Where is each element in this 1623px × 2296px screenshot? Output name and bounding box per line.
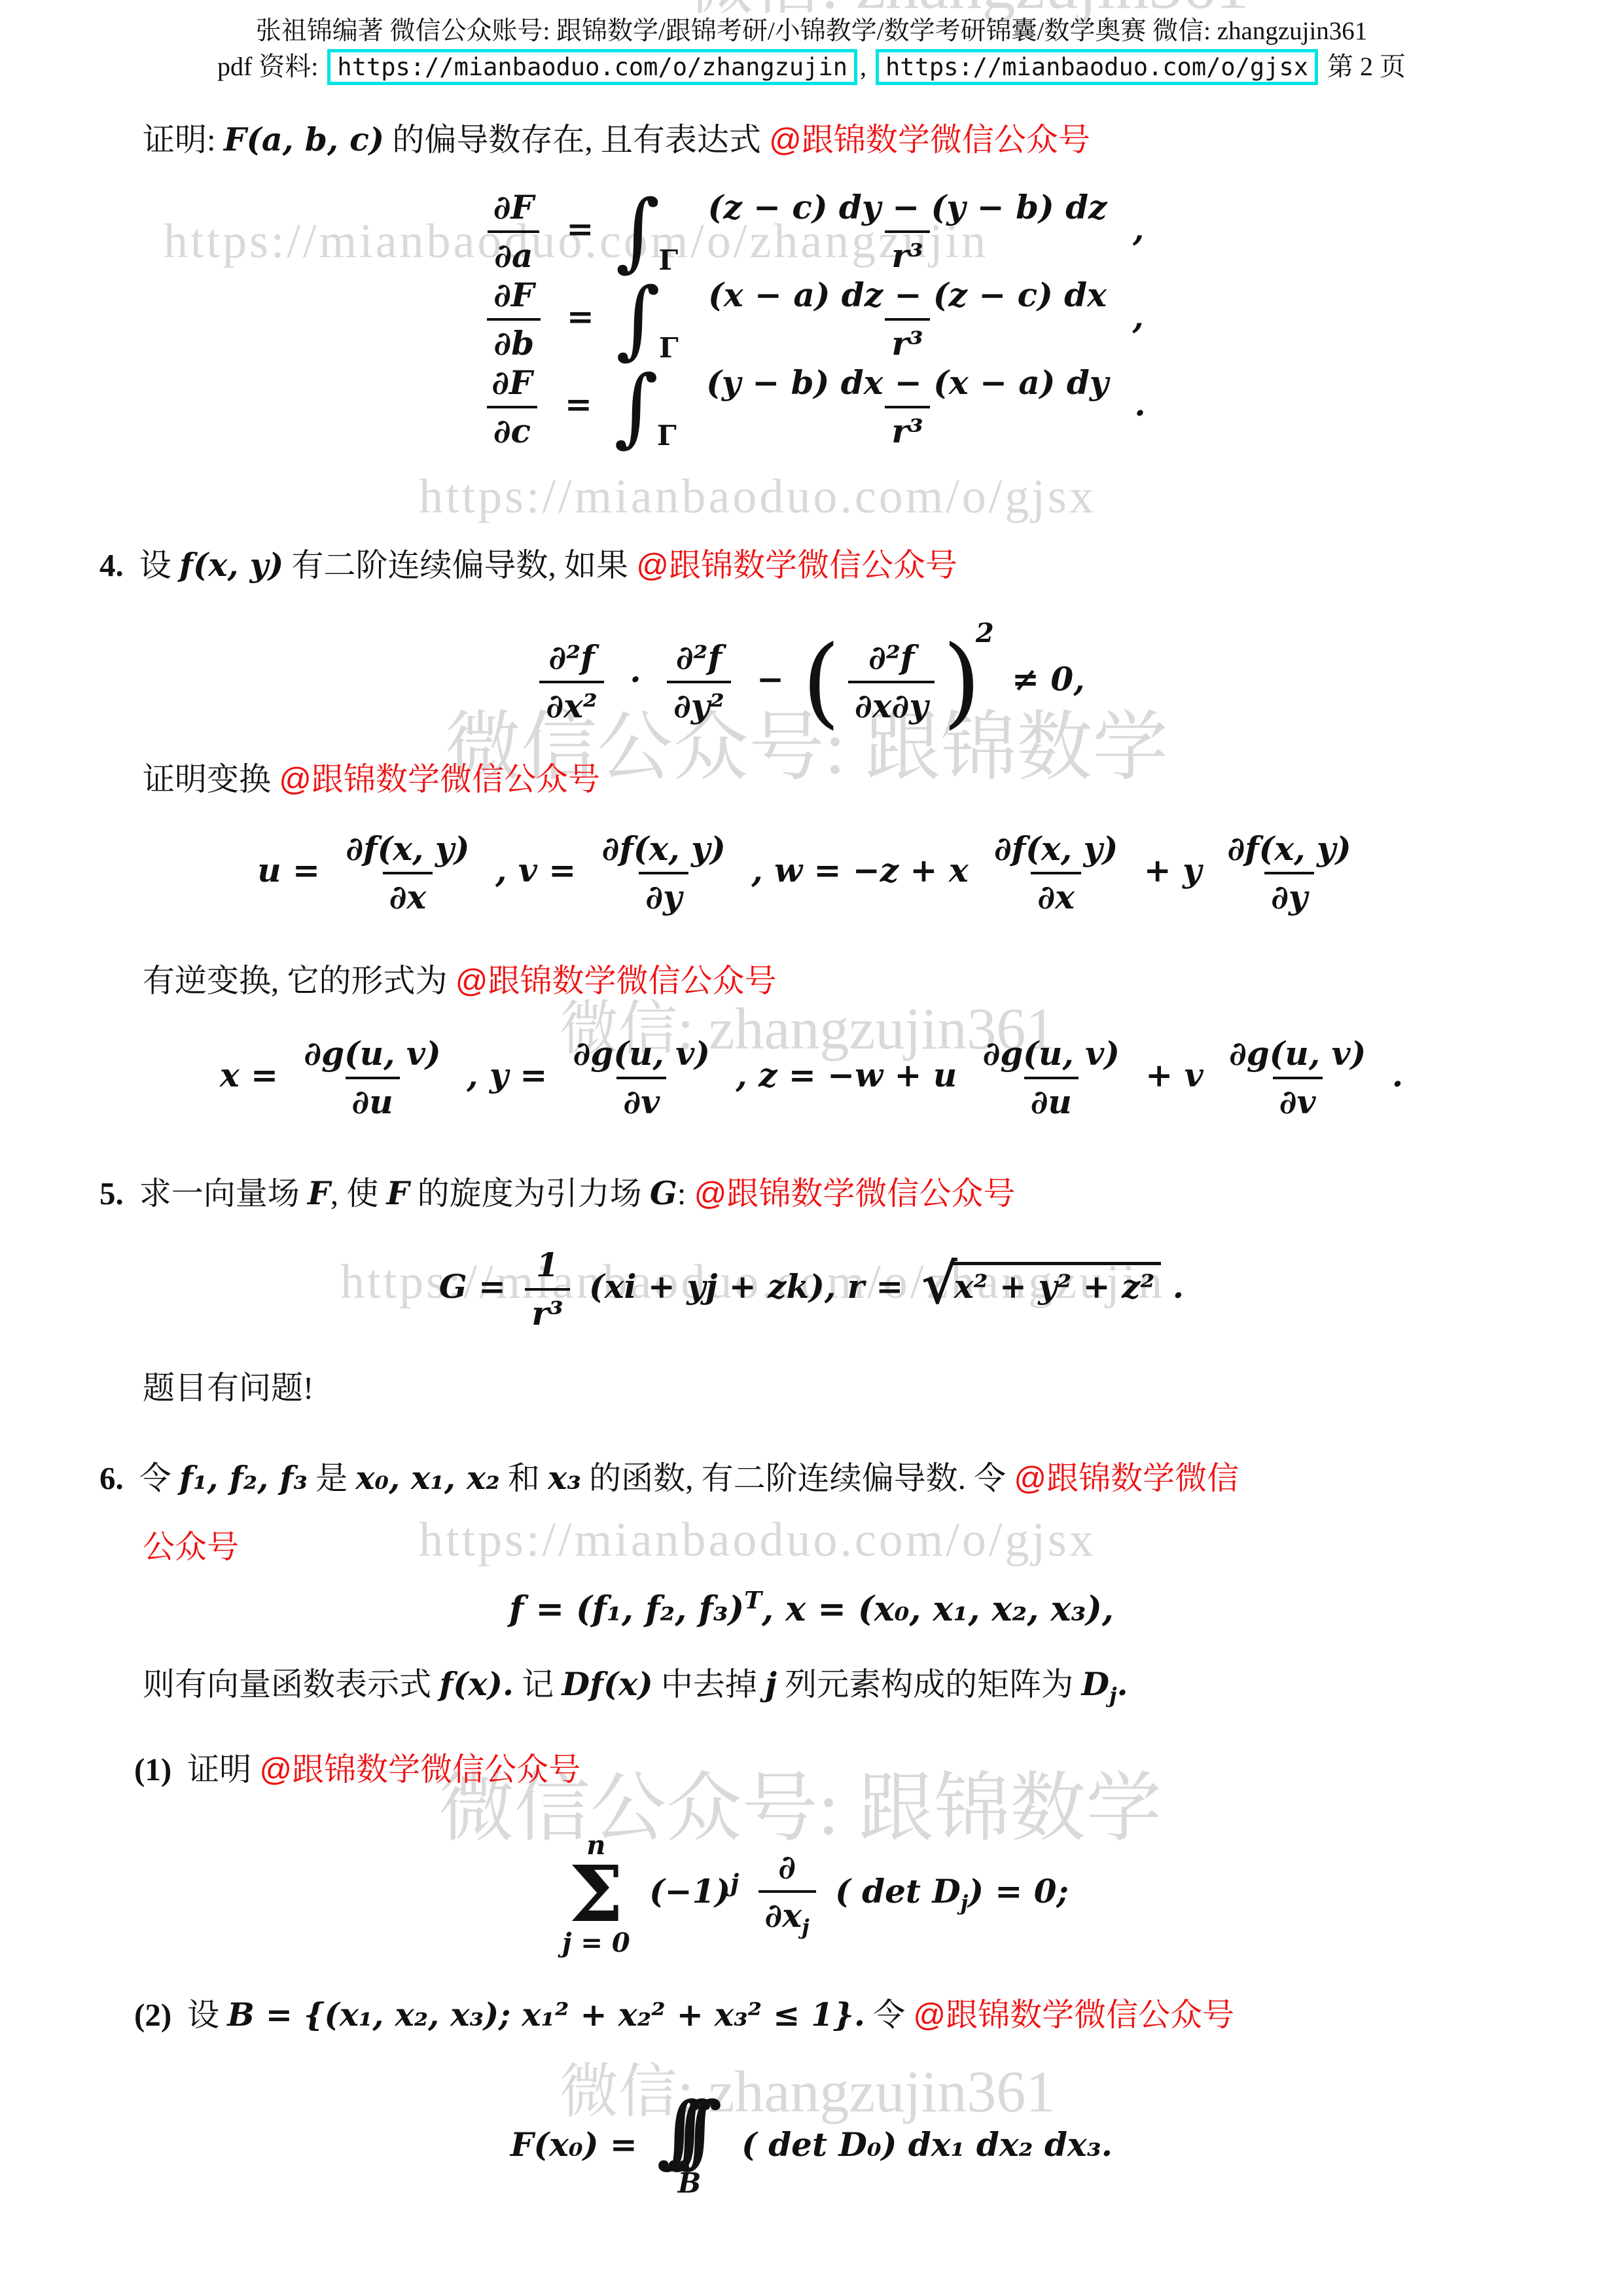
wechat-tag: @跟锦数学微信公众号: [455, 963, 777, 999]
punctuation: .: [1392, 1056, 1403, 1094]
text: 令: [139, 1460, 179, 1496]
math-text: , w = −z + x: [751, 851, 968, 889]
triple-integral: ∫∫∫B: [656, 2098, 722, 2197]
fraction: ∂F∂a: [487, 191, 541, 272]
equation-dF-da: ∂F∂a = ∫Γ (z − c) dy − (y − b) dzr³ ,: [0, 191, 1623, 272]
hessian-condition-equation: ∂²f∂x² · ∂²f∂y² − (∂²f∂x∂y)2 ≠ 0,: [0, 620, 1623, 723]
denominator: ∂x: [383, 872, 433, 914]
integral: ∫Γ: [616, 198, 679, 264]
denominator: ∂y²: [667, 681, 731, 723]
gravity-field-equation: G = 1r³ (xi + yj + zk), r = √x² + y² + z…: [0, 1249, 1623, 1330]
fraction: ∂g(u, v)∂v: [567, 1037, 717, 1119]
math-text: G =: [439, 1267, 506, 1306]
numerator: ∂F: [487, 191, 541, 230]
link-mianbaoduo-zhangzujin[interactable]: https://mianbaoduo.com/o/zhangzujin: [327, 49, 857, 85]
integral: ∫Γ: [616, 286, 679, 352]
numerator: ∂g(u, v): [976, 1037, 1126, 1077]
fraction: (x − a) dz − (z − c) dxr³: [702, 279, 1113, 360]
fraction: ∂g(u, v)∂v: [1222, 1037, 1372, 1119]
numerator: (x − a) dz − (z − c) dx: [702, 279, 1113, 318]
denominator: ∂b: [487, 318, 541, 360]
square-root: √x² + y² + z²: [921, 1262, 1162, 1317]
numerator: ∂f(x, y): [339, 833, 476, 872]
exponent-2: 2: [976, 618, 994, 649]
uvw-transform-equation: u = ∂f(x, y)∂x , v = ∂f(x, y)∂y , w = −z…: [0, 833, 1623, 914]
subscript-j: j: [802, 1914, 810, 1939]
minus-sign: −: [757, 660, 784, 698]
fraction: ∂f(x, y)∂x: [988, 833, 1124, 914]
math-x3: x₃: [548, 1459, 581, 1497]
wechat-tag: @跟锦数学微信公众号: [913, 1998, 1234, 2033]
math-Dj: Dj.: [1081, 1665, 1128, 1703]
text: 设: [187, 1997, 227, 2033]
item-number: 6.: [99, 1460, 124, 1496]
numerator: ∂²f: [862, 641, 921, 681]
math-text: f = (f₁, f₂, f₃): [509, 1589, 744, 1629]
math-text: ( det D₀) dx₁ dx₂ dx₃.: [741, 2125, 1113, 2164]
inverse-transform-line: 有逆变换, 它的形式为 @跟锦数学微信公众号: [143, 961, 777, 1001]
proof-text: 的偏导数存在, 且有表达式: [384, 122, 769, 158]
vector-function-equation: f = (f₁, f₂, f₃)T, x = (x₀, x₁, x₂, x₃),: [0, 1589, 1623, 1626]
wechat-tag: @跟锦数学微信公众号: [769, 122, 1090, 158]
watermark-url-gjsx: https://mianbaoduo.com/o/gjsx: [419, 1516, 1096, 1564]
math-text: ( det D: [835, 1872, 961, 1910]
item-number: 5.: [99, 1175, 124, 1211]
subitem-number: (2): [134, 1997, 171, 2033]
denominator: r³: [885, 318, 929, 360]
text: 证明: [187, 1751, 259, 1787]
text: 是: [308, 1460, 356, 1496]
denominator: ∂u: [1024, 1077, 1079, 1119]
denominator: ∂x: [1031, 872, 1081, 914]
transpose-T: T: [744, 1587, 762, 1615]
dot-operator: ·: [630, 660, 641, 698]
math-group: (−1)j: [649, 1872, 739, 1910]
fraction: 1r³: [525, 1249, 569, 1330]
math-ball-B: B = {(x₁, x₂, x₃); x₁² + x₂² + x₃² ≤ 1}.: [227, 1996, 865, 2034]
denominator: ∂u: [346, 1077, 400, 1119]
note-text: 题目有问题!: [143, 1370, 313, 1406]
prove-transform-line: 证明变换 @跟锦数学微信公众号: [143, 759, 600, 800]
link-mianbaoduo-gjsx[interactable]: https://mianbaoduo.com/o/gjsx: [876, 49, 1318, 85]
item-5-line: 5.求一向量场 F, 使 F 的旋度为引力场 G: @跟锦数学微信公众号: [99, 1174, 1015, 1214]
fraction: ∂F∂b: [487, 279, 541, 360]
numerator: ∂f(x, y): [988, 833, 1124, 872]
item-number: 4.: [99, 547, 124, 583]
punctuation: .: [1117, 1665, 1128, 1703]
wechat-tag: @跟锦数学微信公众号: [259, 1752, 580, 1787]
math-x012: x₀, x₁, x₂: [355, 1459, 499, 1497]
denominator: ∂x∂y: [848, 681, 935, 723]
text: 列元素构成的矩阵为: [777, 1666, 1082, 1702]
numerator: ∂g(u, v): [1222, 1037, 1372, 1077]
text: 有逆变换, 它的形式为: [143, 963, 455, 999]
math-Dfx: Df(x): [562, 1665, 653, 1703]
denominator: ∂c: [487, 406, 537, 448]
fraction: ∂g(u, v)∂u: [976, 1037, 1126, 1119]
text: 令: [865, 1997, 914, 2033]
text: 设: [139, 547, 179, 583]
header-links-line: pdf 资料: https://mianbaoduo.com/o/zhangzu…: [0, 46, 1623, 85]
item-6-wrap-line: 公众号: [143, 1527, 239, 1568]
fraction: ∂F∂c: [485, 367, 539, 448]
lower-limit: j = 0: [562, 1930, 630, 1956]
text: 证明变换: [143, 761, 279, 797]
denominator: r³: [885, 406, 929, 448]
not-equal-zero: ≠ 0,: [1012, 660, 1085, 698]
math-F-abc: F(a, b, c): [224, 120, 384, 158]
fraction: ∂²f∂x²: [539, 641, 603, 723]
header-author-text: 张祖锦编著 微信公众账号: 跟锦数学/跟锦考研/小锦教学/数学考研锦囊/数学奥赛…: [256, 17, 1368, 45]
text: 记: [514, 1666, 562, 1702]
integral-sign: ∫: [616, 286, 660, 352]
integral-subscript: Γ: [658, 247, 678, 274]
denominator: ∂y: [639, 872, 688, 914]
math-text: ∂x: [765, 1896, 802, 1935]
text: 和: [500, 1460, 548, 1496]
denominator: r³: [885, 230, 929, 272]
page-number: 第 2 页: [1327, 52, 1406, 81]
math-F: F: [308, 1174, 330, 1212]
denominator: ∂v: [1273, 1077, 1323, 1119]
triple-integral-sign: ∫∫∫: [656, 2098, 722, 2164]
text: 中去掉: [653, 1666, 766, 1702]
text: 求一向量场: [139, 1175, 308, 1211]
subscript-j: j: [961, 1890, 969, 1915]
text: 则有向量函数表示式: [143, 1666, 439, 1702]
math-text: x =: [220, 1056, 278, 1094]
fraction: ∂²f∂y²: [667, 641, 731, 723]
equals-sign: =: [567, 297, 594, 336]
math-group: ( det Dj) = 0;: [835, 1872, 1069, 1910]
punctuation: .: [1173, 1267, 1184, 1306]
fraction: ∂²f∂x∂y: [848, 641, 935, 723]
numerator: ∂f(x, y): [596, 833, 732, 872]
numerator: 1: [529, 1249, 565, 1288]
equation-dF-dc: ∂F∂c = ∫Γ (y − b) dx − (x − a) dyr³ .: [0, 367, 1623, 448]
math-text: + v: [1145, 1056, 1203, 1094]
denominator: ∂x²: [539, 681, 603, 723]
header-author-line: 张祖锦编著 微信公众账号: 跟锦数学/跟锦考研/小锦教学/数学考研锦囊/数学奥赛…: [0, 10, 1623, 47]
document-page: 微信: zhangzujin361 https://mianbaoduo.com…: [0, 0, 1623, 2296]
math-text: + y: [1144, 851, 1202, 889]
math-G: G: [650, 1174, 677, 1212]
numerator: ∂F: [487, 279, 541, 318]
proof-intro-line: 证明: F(a, b, c) 的偏导数存在, 且有表达式 @跟锦数学微信公众号: [143, 120, 1090, 160]
text: 有二阶连续偏导数, 如果: [283, 547, 636, 583]
denominator: r³: [525, 1288, 569, 1330]
numerator: ∂g(u, v): [297, 1037, 447, 1077]
watermark-url-gjsx: https://mianbaoduo.com/o/gjsx: [419, 473, 1096, 521]
subitem-number: (1): [134, 1751, 171, 1787]
fraction: (z − c) dy − (y − b) dzr³: [702, 191, 1114, 272]
radicand: x² + y² + z²: [953, 1262, 1161, 1303]
integral-sign: ∫: [616, 198, 660, 264]
math-text: , v =: [495, 851, 576, 889]
alternating-sum-equation: nΣj = 0 (−1)j ∂∂xj ( det Dj) = 0;: [0, 1833, 1623, 1956]
math-text: , y =: [467, 1056, 547, 1094]
triple-integral-equation: F(x₀) = ∫∫∫B ( det D₀) dx₁ dx₂ dx₃.: [0, 2098, 1623, 2197]
math-group: f = (f₁, f₂, f₃)T, x = (x₀, x₁, x₂, x₃),: [509, 1589, 1114, 1629]
fraction: ∂f(x, y)∂x: [339, 833, 476, 914]
fraction: ∂f(x, y)∂y: [1221, 833, 1357, 914]
item-6-line: 6.令 f₁, f₂, f₃ 是 x₀, x₁, x₂ 和 x₃ 的函数, 有二…: [99, 1458, 1239, 1499]
fraction: ∂∂xj: [758, 1851, 816, 1937]
text: 的旋度为引力场: [409, 1175, 650, 1211]
numerator: ∂²f: [543, 641, 601, 681]
math-j: j: [765, 1665, 777, 1703]
fraction: (y − b) dx − (x − a) dyr³: [700, 367, 1115, 448]
numerator: ∂g(u, v): [567, 1037, 717, 1077]
wechat-tag: @跟锦数学微信公众号: [636, 548, 957, 583]
numerator: (z − c) dy − (y − b) dz: [702, 191, 1114, 230]
numerator: ∂f(x, y): [1221, 833, 1357, 872]
math-text: , x = (x₀, x₁, x₂, x₃),: [762, 1589, 1114, 1629]
math-text: , z = −w + u: [736, 1056, 957, 1094]
math-f123: f₁, f₂, f₃: [179, 1459, 308, 1497]
math-text: ) = 0;: [968, 1872, 1069, 1910]
integral-subscript-B: B: [678, 2170, 702, 2197]
numerator: (y − b) dx − (x − a) dy: [700, 367, 1115, 406]
math-fxy: f(x, y): [179, 546, 283, 584]
xyz-inverse-equation: x = ∂g(u, v)∂u , y = ∂g(u, v)∂v , z = −w…: [0, 1037, 1623, 1119]
item-4-line: 4.设 f(x, y) 有二阶连续偏导数, 如果 @跟锦数学微信公众号: [99, 545, 957, 586]
summation: nΣj = 0: [562, 1833, 630, 1956]
exponent-j: j: [730, 1870, 739, 1897]
wechat-tag: @跟锦数学微信公众号: [279, 762, 600, 797]
radical-sign: √: [921, 1257, 957, 1312]
numerator: ∂²f: [669, 641, 728, 681]
punctuation: ,: [1132, 297, 1143, 336]
denominator: ∂xj: [758, 1890, 816, 1937]
math-D: D: [1081, 1665, 1109, 1703]
integral-sign: ∫: [614, 374, 658, 440]
denominator: ∂a: [488, 230, 539, 272]
math-text: (−1): [649, 1872, 730, 1910]
text: , 使: [330, 1175, 387, 1211]
integral-subscript: Γ: [657, 422, 677, 450]
punctuation: .: [1134, 385, 1145, 423]
proof-label: 证明:: [143, 122, 224, 158]
math-F: F: [387, 1174, 410, 1212]
partial-derivative-equations: ∂F∂a = ∫Γ (z − c) dy − (y − b) dzr³ , ∂F…: [0, 191, 1623, 454]
fraction: ∂f(x, y)∂y: [596, 833, 732, 914]
left-paren: (: [802, 625, 841, 739]
sigma-sign: Σ: [569, 1859, 623, 1930]
subitem-1-line: (1)证明 @跟锦数学微信公众号: [134, 1749, 580, 1790]
numerator: ∂F: [485, 367, 539, 406]
equals-sign: =: [565, 385, 592, 423]
math-text: u =: [257, 851, 320, 889]
text: 的函数, 有二阶连续偏导数. 令: [581, 1460, 1014, 1496]
pdf-resource-label: pdf 资料:: [217, 52, 318, 81]
text: :: [677, 1175, 694, 1211]
math-text: F(x₀) =: [510, 2125, 637, 2164]
wechat-tag: 公众号: [143, 1530, 239, 1565]
numerator: ∂: [772, 1851, 802, 1890]
integral-subscript: Γ: [659, 334, 679, 362]
comma: ,: [860, 52, 866, 81]
math-text: (xi + yj + zk), r =: [589, 1267, 903, 1306]
equation-dF-db: ∂F∂b = ∫Γ (x − a) dz − (z − c) dxr³ ,: [0, 279, 1623, 360]
denominator: ∂v: [616, 1077, 666, 1119]
wechat-tag: @跟锦数学微信: [1014, 1461, 1239, 1496]
fraction: ∂g(u, v)∂u: [297, 1037, 447, 1119]
punctuation: ,: [1133, 209, 1144, 248]
problem-note-line: 题目有问题!: [143, 1368, 313, 1408]
subitem-2-line: (2)设 B = {(x₁, x₂, x₃); x₁² + x₂² + x₃² …: [134, 1995, 1234, 2036]
denominator: ∂y: [1264, 872, 1314, 914]
matrix-definition-line: 则有向量函数表示式 f(x). 记 Df(x) 中去掉 j 列元素构成的矩阵为 …: [143, 1664, 1128, 1708]
math-fx: f(x).: [439, 1665, 514, 1703]
integral: ∫Γ: [614, 374, 677, 440]
wechat-tag: @跟锦数学微信公众号: [694, 1176, 1016, 1211]
subscript-j: j: [1109, 1683, 1117, 1708]
equals-sign: =: [566, 209, 594, 248]
